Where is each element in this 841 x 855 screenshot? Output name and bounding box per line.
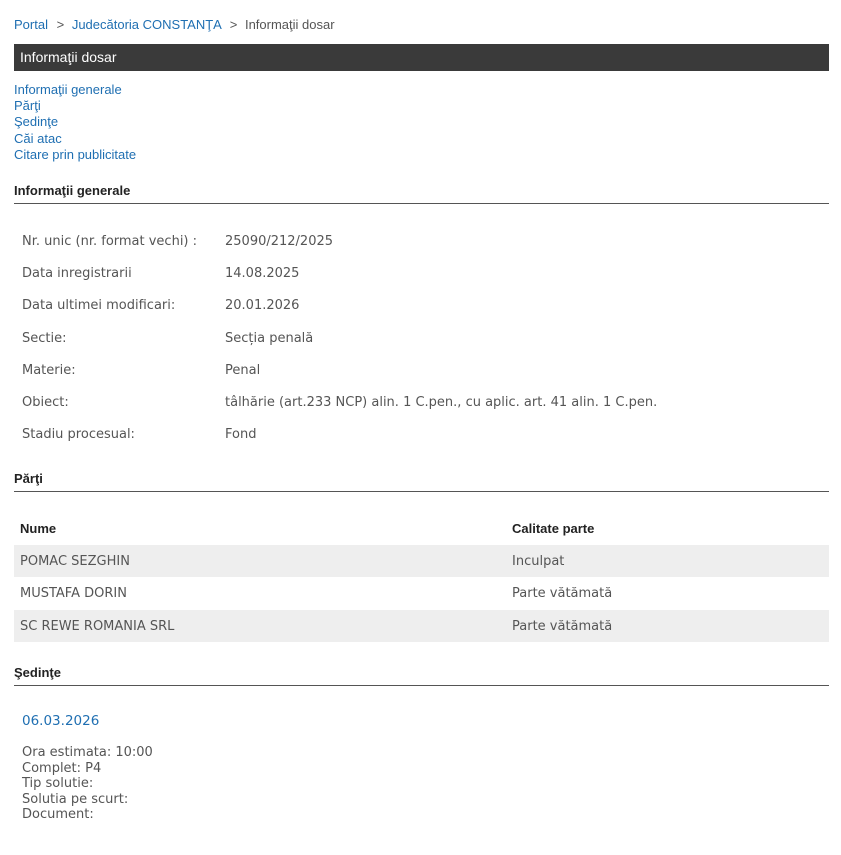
section-heading-hearings: Şedinţe	[14, 665, 829, 686]
hearing-solution-type: Tip solutie:	[22, 776, 153, 792]
nav-link-general-info[interactable]: Informaţii generale	[14, 82, 136, 98]
party-name: SC REWE ROMANIA SRL	[20, 619, 174, 634]
breadcrumb-portal[interactable]: Portal	[14, 17, 48, 32]
party-role: Parte vătămată	[512, 619, 612, 634]
info-label: Nr. unic (nr. format vechi) :	[22, 234, 197, 249]
party-name: POMAC SEZGHIN	[20, 554, 130, 569]
hearing-date-link[interactable]: 06.03.2026	[22, 713, 153, 729]
party-role: Inculpat	[512, 554, 564, 569]
section-heading-general-info: Informaţii generale	[14, 183, 829, 204]
info-value: Penal	[225, 363, 260, 378]
page-title: Informaţii dosar	[14, 44, 829, 71]
table-header: Nume Calitate parte	[14, 512, 829, 545]
party-role: Parte vătămată	[512, 586, 612, 601]
info-label: Stadiu procesual:	[22, 427, 135, 442]
breadcrumb-court[interactable]: Judecătoria CONSTANŢA	[72, 17, 221, 32]
info-value: tâlhărie (art.233 NCP) alin. 1 C.pen., c…	[225, 395, 657, 410]
breadcrumb: Portal > Judecătoria CONSTANŢA > Informa…	[14, 17, 335, 32]
section-heading-parties: Părţi	[14, 471, 829, 492]
parties-table: Nume Calitate parte POMAC SEZGHIN Inculp…	[14, 512, 829, 642]
table-row: MUSTAFA DORIN Parte vătămată	[14, 577, 829, 609]
hearing-solution-summary: Solutia pe scurt:	[22, 792, 153, 808]
nav-link-hearings[interactable]: Şedinţe	[14, 114, 136, 130]
breadcrumb-separator: >	[230, 17, 238, 32]
party-name: MUSTAFA DORIN	[20, 586, 127, 601]
info-value: Fond	[225, 427, 256, 442]
breadcrumb-current: Informaţii dosar	[245, 17, 335, 32]
info-label: Obiect:	[22, 395, 69, 410]
column-header-name: Nume	[20, 521, 56, 536]
nav-link-appeals[interactable]: Căi atac	[14, 131, 136, 147]
info-label: Data inregistrarii	[22, 266, 132, 281]
column-header-role: Calitate parte	[512, 521, 594, 536]
hearing-item: 06.03.2026 Ora estimata: 10:00 Complet: …	[22, 713, 153, 823]
info-value: 20.01.2026	[225, 298, 299, 313]
table-row: POMAC SEZGHIN Inculpat	[14, 545, 829, 577]
info-label: Data ultimei modificari:	[22, 298, 175, 313]
hearing-panel: Complet: P4	[22, 761, 153, 777]
section-nav: Informaţii generale Părţi Şedinţe Căi at…	[14, 82, 136, 163]
info-label: Materie:	[22, 363, 76, 378]
info-label: Sectie:	[22, 331, 66, 346]
nav-link-parties[interactable]: Părţi	[14, 98, 136, 114]
info-value: Secția penală	[225, 331, 313, 346]
info-value: 25090/212/2025	[225, 234, 333, 249]
breadcrumb-separator: >	[57, 17, 65, 32]
hearing-document: Document:	[22, 807, 153, 823]
table-row: SC REWE ROMANIA SRL Parte vătămată	[14, 610, 829, 642]
hearing-estimated-time: Ora estimata: 10:00	[22, 745, 153, 761]
nav-link-public-summons[interactable]: Citare prin publicitate	[14, 147, 136, 163]
info-value: 14.08.2025	[225, 266, 299, 281]
